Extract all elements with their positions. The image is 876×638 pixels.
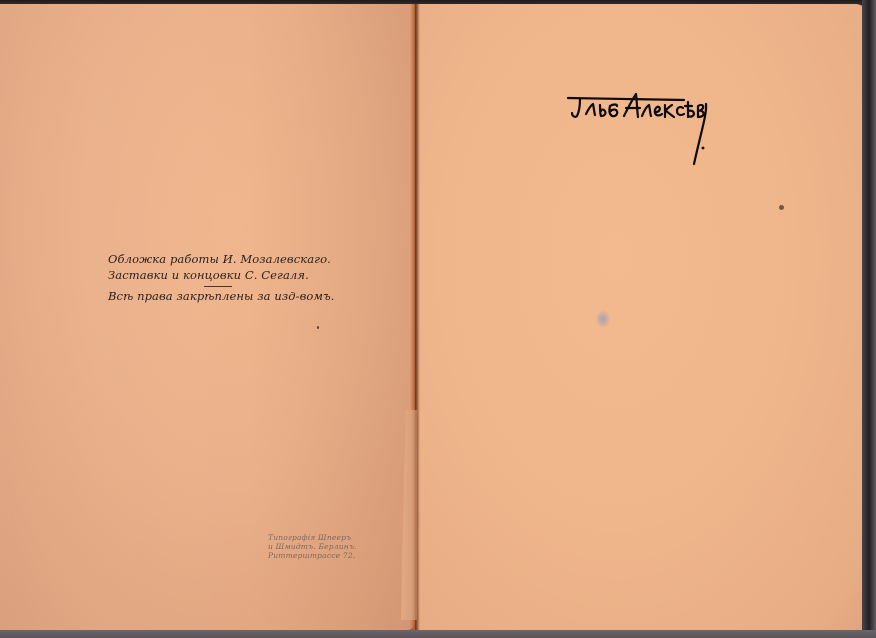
paper-spot <box>779 205 784 210</box>
divider-rule <box>204 286 232 287</box>
right-edge-shadow <box>862 0 876 638</box>
printer-line-1: Типографія Шпееръ <box>268 533 357 542</box>
printer-imprint: Типографія Шпееръ и Шмидтъ. Берлинъ. Рит… <box>268 533 357 560</box>
printer-line-3: Риттерштрассе 72. <box>268 551 357 560</box>
ink-stain <box>596 310 610 328</box>
bottom-shadow <box>0 630 876 638</box>
printer-line-2: и Шмидтъ. Берлинъ. <box>268 542 357 551</box>
credits-block: Обложка работы И. Мозалевскаго. Заставки… <box>108 251 335 304</box>
handwritten-signature: Глѣб Алексѣев. <box>566 92 736 172</box>
book-scan: Обложка работы И. Мозалевскаго. Заставки… <box>0 0 876 638</box>
credit-ornaments: Заставки и концовки С. Сегаля. <box>108 267 335 283</box>
rights-notice: Всѣ права закрѣплены за изд-вомъ. <box>108 288 335 304</box>
paper-speck <box>317 326 319 329</box>
credit-cover: Обложка работы И. Мозалевскаго. <box>108 251 335 267</box>
